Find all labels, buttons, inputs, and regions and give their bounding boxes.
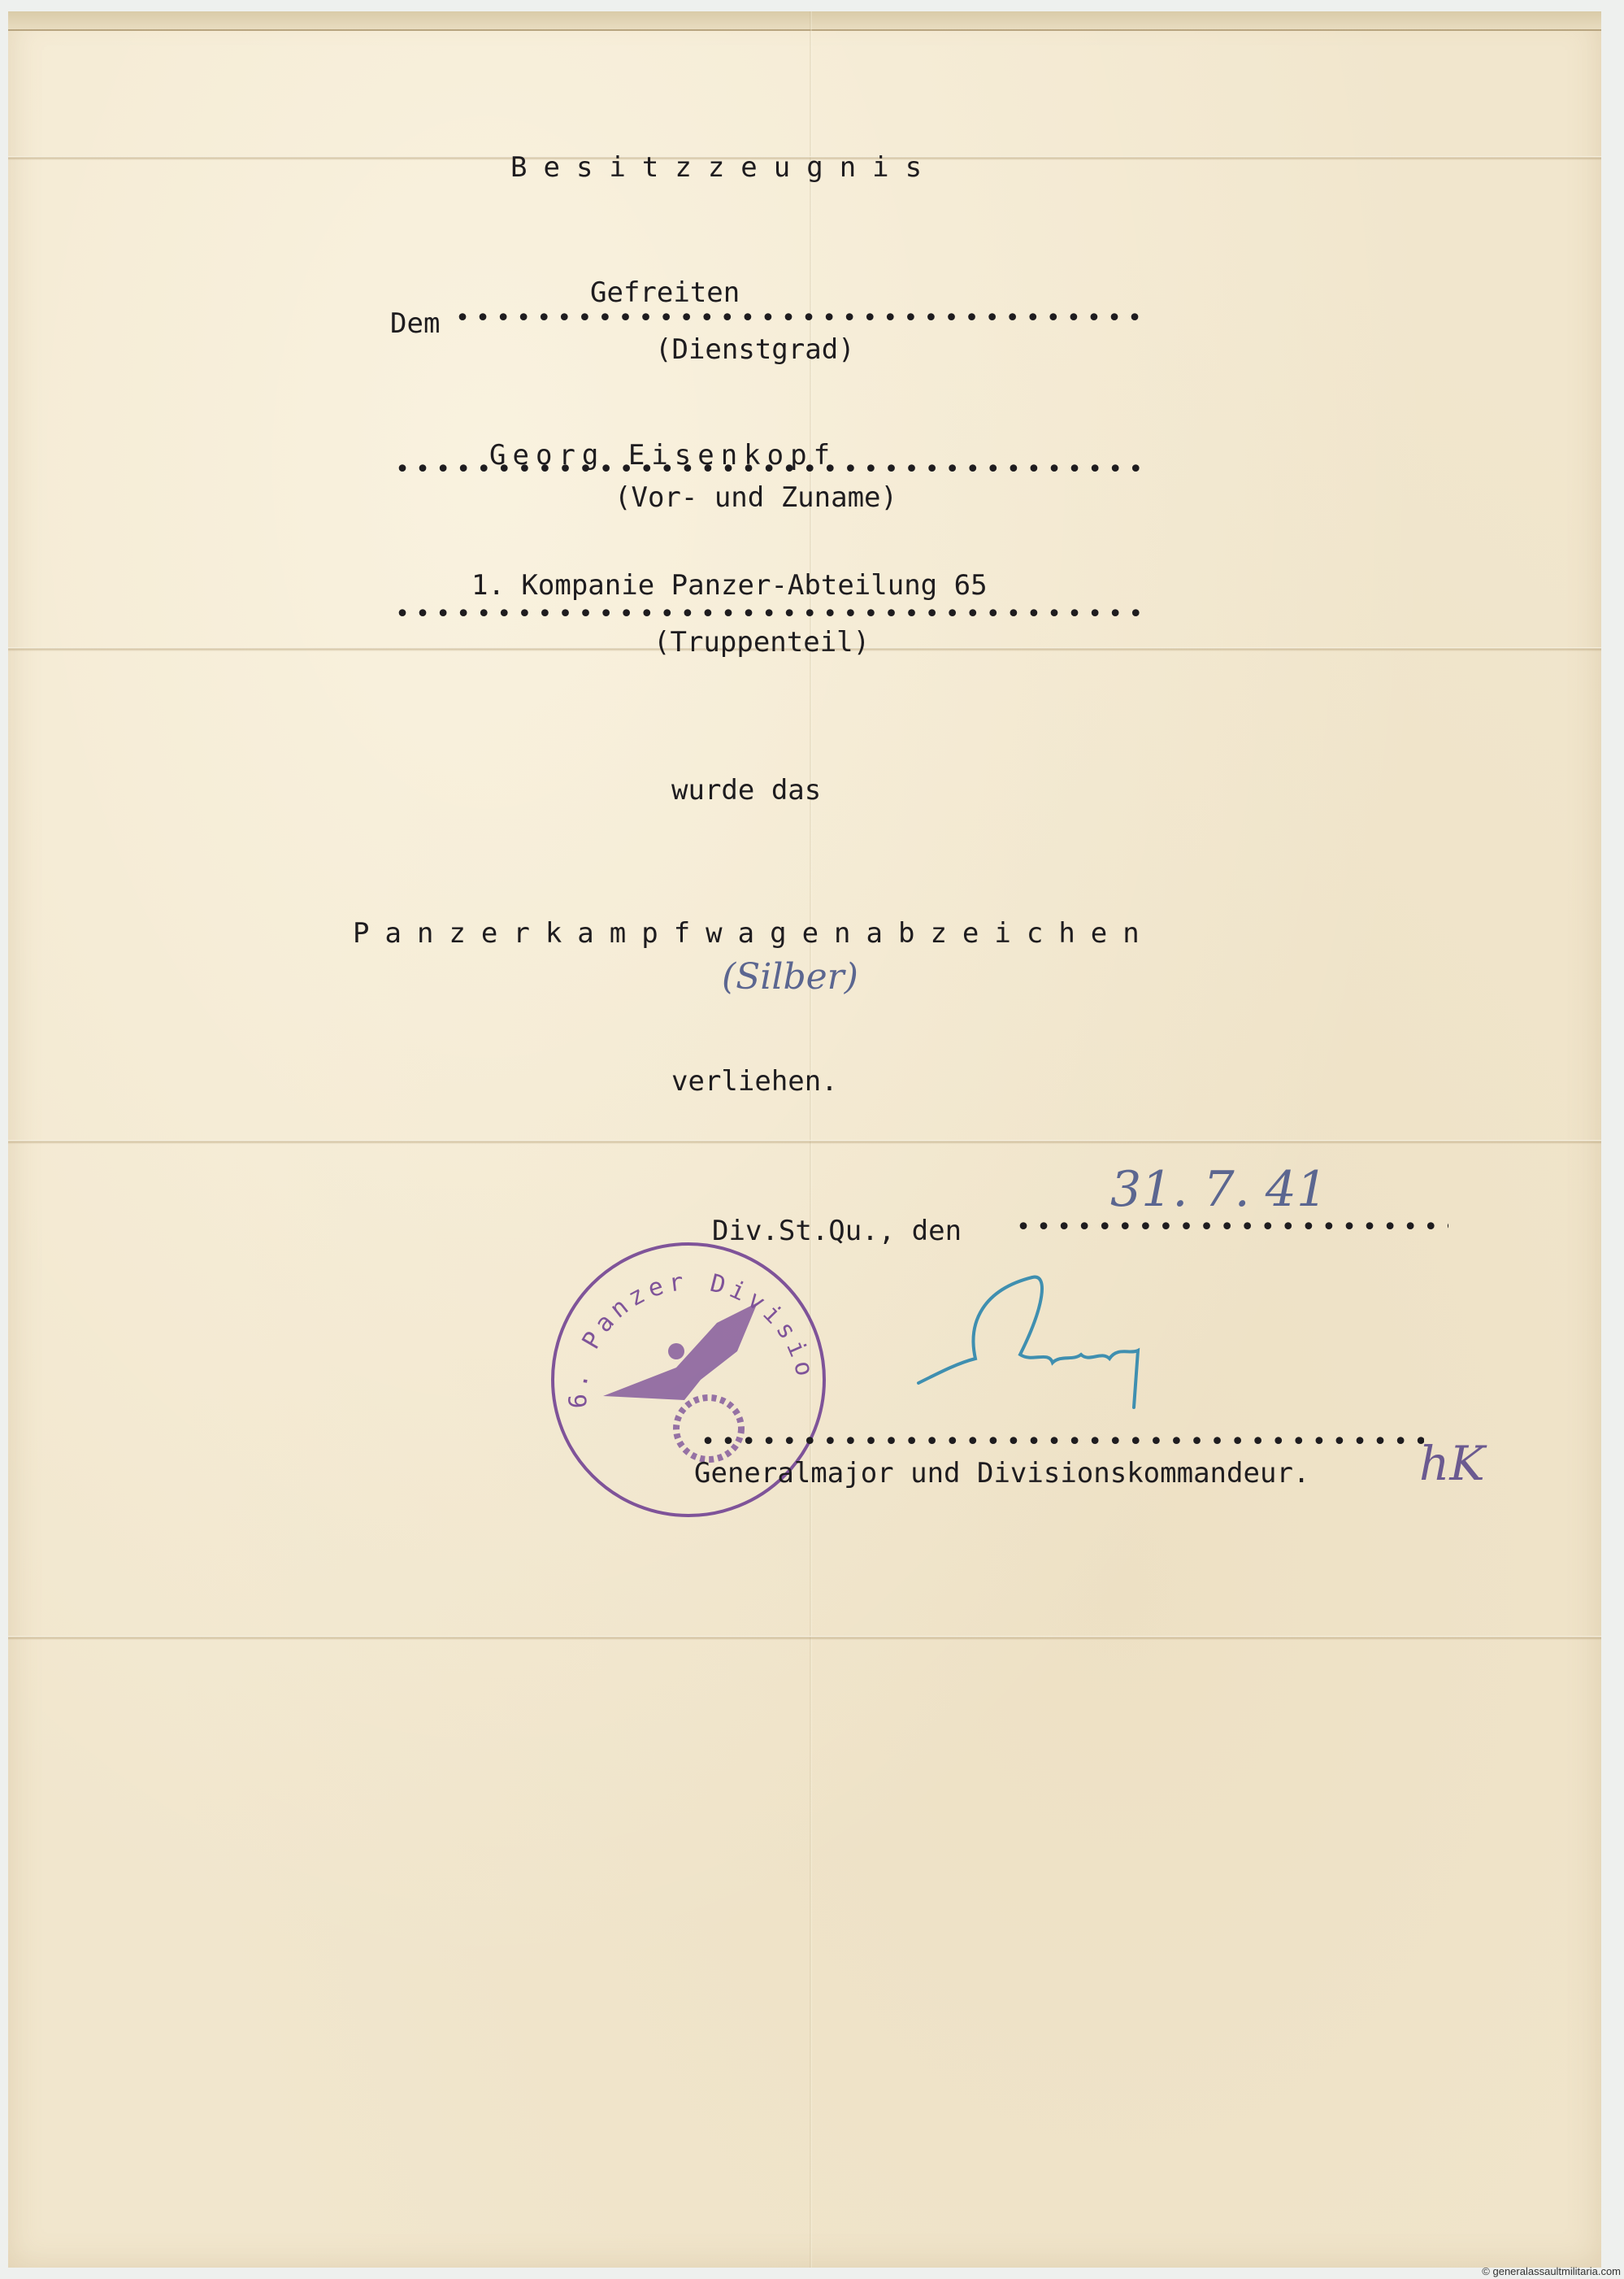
award-grade-handwritten: (Silber) (722, 956, 858, 998)
horizontal-fold-crease (8, 1140, 1601, 1144)
unit-dotted-line: ••••••••••••••••••••••••••••••••••••••••… (395, 600, 1143, 628)
name-caption: (Vor- und Zuname) (614, 481, 897, 514)
document-title: Besitzzeugnis (510, 151, 938, 184)
date-handwritten: 31. 7. 41 (1110, 1161, 1327, 1218)
signature-dotted-line: ••••••••••••••••••••••••••••••••••••••••… (701, 1428, 1424, 1456)
commander-signature: Landgraf (910, 1273, 1179, 1411)
phrase-verliehen: verliehen. (671, 1065, 838, 1098)
horizontal-fold-crease (8, 1636, 1601, 1640)
place-label: Div.St.Qu., den (712, 1215, 962, 1247)
date-dotted-line: •••••••••••••••••••••••••• (1016, 1213, 1448, 1242)
copyright-watermark: © generalassaultmilitaria.com (1482, 2265, 1621, 2277)
rank-caption: (Dienstgrad) (655, 333, 855, 366)
initials-handwritten: hK (1419, 1436, 1485, 1491)
rank-dotted-line: •••••••••••••••••••••••••••••••••••••••• (455, 304, 1143, 333)
unit-caption: (Truppenteil) (654, 626, 870, 659)
unit-value: 1. Kompanie Panzer-Abteilung 65 (471, 569, 988, 602)
torn-top-edge (8, 11, 1601, 31)
signer-title: Generalmajor und Divisionskommandeur. (694, 1457, 1309, 1490)
phrase-wurde-das: wurde das (671, 774, 821, 807)
name-dotted-line: ••••••••••••••••••••••••••••••••••••••••… (395, 455, 1143, 484)
rank-prefix: Dem (390, 307, 440, 340)
award-name: Panzerkampfwagenabzeichen (353, 917, 1155, 950)
